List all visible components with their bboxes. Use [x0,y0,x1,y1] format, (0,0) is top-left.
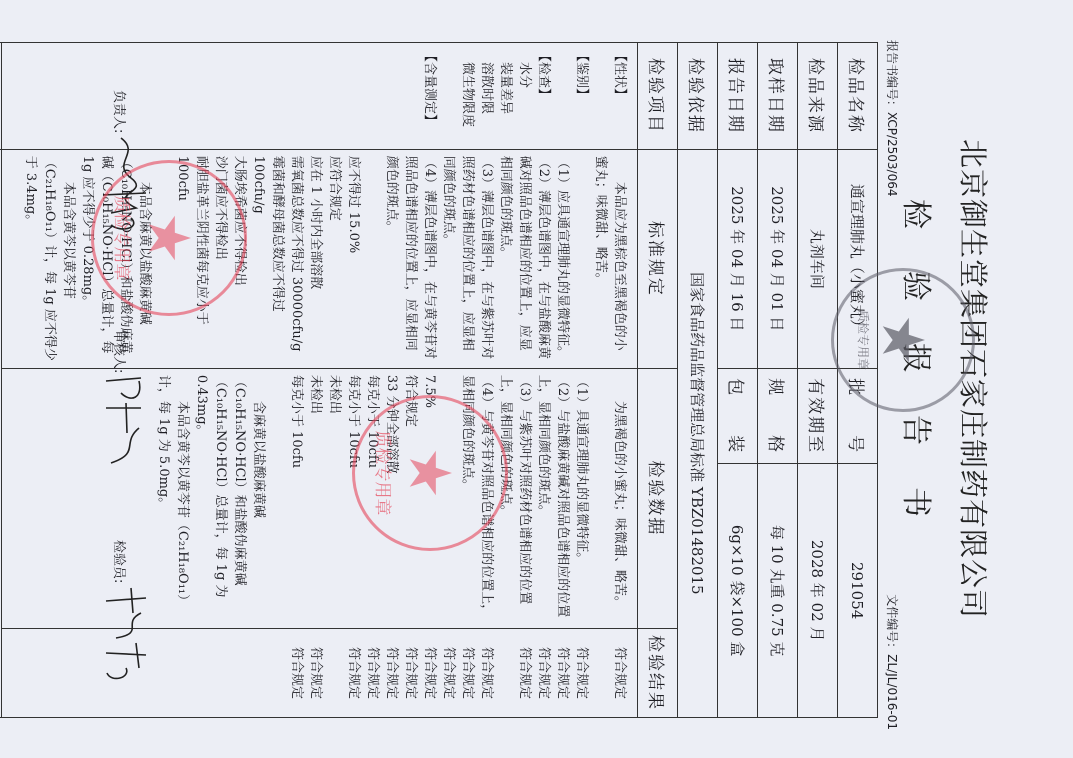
info-row: 报告日期 2025 年 04 月 16 日 包 装 6g×10 袋×100 盒 [718,43,758,718]
spec-label: 规 格 [758,368,798,463]
spacer [591,375,610,622]
expiry-label: 有效期至 [798,368,838,463]
package-value: 6g×10 袋×100 盒 [718,464,758,718]
data-text: 每克小于 10cfu [363,375,382,622]
data-text: 含麻黄以盐酸麻黄碱（C₁₀H₁₅NO·HCl）和盐酸伪麻黄碱（C₁₀H₁₅NO·… [192,375,268,622]
product-name-label: 检品名称 [838,43,878,150]
result-text: 符合规定 [610,635,629,711]
data-text: （2）与盐酸麻黄碱对照品色谱相应的位置上，显相同颜色的斑点。 [534,375,572,622]
spacer [2,156,21,362]
company-name: 北京御生堂集团石家庄制药有限公司 [954,0,995,758]
batch-value: 291054 [838,464,878,718]
standard-text: 大肠埃希菌应不得检出 [230,156,249,362]
data-text: 为黑褐色的小蜜丸；味微甜、略苦。 [610,375,629,622]
test-item-name: 水分 [515,49,534,143]
standard-text: 耐胆盐革兰阴性菌每克应小于 100cfu [173,156,211,362]
data-text: 本品含黄芩以黄芩苷（C₂₁H₁₈O₁₁）计，每 1g 为 5.0mg。 [154,375,192,622]
spacer [154,156,173,362]
spacer [439,49,458,143]
column-header-standard: 标准规定 [638,149,678,368]
product-name-value: 通宣理肺丸（小蜜丸） [838,149,878,368]
section-heading: 【含量测定】 [420,49,439,143]
conclusion-label: 结论 [0,43,2,150]
result-text: 符合规定 [306,635,325,711]
standard-text: （3）薄层色谱图中，在与紫苏叶对照药材色谱相应的位置上，应显相同颜色的斑点。 [439,156,496,362]
file-number: 文件编号：ZL/JL/016-01 [884,594,901,730]
result-text: 符合规定 [534,635,553,711]
reviewer-label: 审核人: [111,330,130,373]
standards-cell: 本品应为黑棕色至黑褐色的小蜜丸；味微甜、略苦。（1）应具通宣理肺丸的显微特征。（… [2,149,638,368]
items-cell: 【性状】【鉴别】【检查】 水分 装量差异 溶散时限 微生物限度【含量测定】 [2,43,638,150]
meta-row: 报告书编号：XCP/2503/064 文件编号：ZL/JL/016-01 [884,40,901,730]
standard-text: 本品应为黑棕色至黑褐色的小蜜丸；味微甜、略苦。 [591,156,629,362]
info-row: 检品名称 通宣理肺丸（小蜜丸） 批 号 291054 [838,43,878,718]
info-row: 检验依据 国家食品药品监督管理总局标准 YBZ01482015 [678,43,718,718]
standard-text: （2）薄层色谱图中，在与盐酸麻黄碱对照品色谱相应的位置上，应显相同颜色的斑点。 [496,156,553,362]
test-body-row: 【性状】【鉴别】【检查】 水分 装量差异 溶散时限 微生物限度【含量测定】 本品… [2,43,638,718]
test-item-name: 溶散时限 [477,49,496,143]
report-number: 报告书编号：XCP/2503/064 [884,40,901,197]
file-number-value: ZL/JL/016-01 [885,654,899,730]
report-date-label: 报告日期 [718,43,758,150]
test-item-name: 装量差异 [496,49,515,143]
data-cell: 为黑褐色的小蜜丸；味微甜、略苦。（1）具通宣理肺丸的显微特征。（2）与盐酸麻黄碱… [2,368,638,628]
expiry-value: 2028 年 02 月 [798,464,838,718]
spacer [268,375,287,622]
signature-scribble-icon [111,583,151,693]
spacer [496,635,515,711]
reviewer-signature: 审核人: [111,330,151,483]
basis-value: 国家食品药品监督管理总局标准 YBZ01482015 [678,149,718,717]
section-heading: 【鉴别】 [572,49,591,143]
test-item-name: 微生物限度 [458,49,477,143]
spacer [325,635,344,711]
info-row: 检品来源 丸剂车间 有效期至 2028 年 02 月 [798,43,838,718]
sample-date-label: 取样日期 [758,43,798,150]
basis-label: 检验依据 [678,43,718,150]
report-number-value: XCP/2503/064 [885,112,899,197]
result-text: 符合规定 [420,635,439,711]
standard-text: 应符合规定 [325,156,344,362]
data-text: （1）具通宣理肺丸的显微特征。 [572,375,591,622]
column-header-item: 检验项目 [638,43,678,150]
result-text: 符合规定 [287,635,306,711]
result-text: 符合规定 [401,635,420,711]
data-text: 7.5% [420,375,439,622]
report-date-value: 2025 年 04 月 16 日 [718,149,758,368]
standard-text: 应不得过 15.0% [344,156,363,362]
standard-text: 应在 1 小时内全部溶散 [306,156,325,362]
standard-text: 霉菌和酵母菌总数应不得过 100cfu/g [249,156,287,362]
data-text: 每克小于 10cfu [344,375,363,622]
result-text: 符合规定 [439,635,458,711]
results-cell: 符合规定符合规定符合规定符合规定符合规定符合规定符合规定符合规定符合规定符合规定… [2,628,638,717]
sample-date-value: 2025 年 04 月 01 日 [758,149,798,368]
result-text: 符合规定 [477,635,496,711]
standard-text: 沙门菌应不得检出 [211,156,230,362]
column-header-data: 检验数据 [638,368,678,628]
result-text: 符合规定 [572,635,591,711]
data-text: 未检出 [325,375,344,622]
data-text: 每克小于 10cfu [287,375,306,622]
source-value: 丸剂车间 [798,149,838,368]
result-text: 符合规定 [458,635,477,711]
spacer [363,156,382,362]
result-text: 符合规定 [553,635,572,711]
data-text: 未检出 [306,375,325,622]
data-text: 符合规定 [401,375,420,622]
standard-text: （4）薄层色谱图中，在与黄芩苷对照品色谱相应的位置上，应显相同颜色的斑点。 [382,156,439,362]
spacer [591,635,610,711]
column-header-result: 检验结果 [638,628,678,717]
section-heading: 【检查】 [534,49,553,143]
result-text: 符合规定 [382,635,401,711]
spec-value: 每 10 丸重 0.75 克 [758,464,798,718]
result-text: 符合规定 [363,635,382,711]
data-text: （3）与紫苏叶对照药材色谱相应的位置上，显相同颜色的斑点。 [496,375,534,622]
spacer [401,49,420,143]
conclusion-text: 本品按国家食品药品监督管理总局标准 YBZ01482015 检验，结果符合规定。 [0,149,2,717]
batch-label: 批 号 [838,368,878,463]
inspector-signature: 检验员: [111,540,151,693]
info-row: 取样日期 2025 年 04 月 01 日 规 格 每 10 丸重 0.75 克 [758,43,798,718]
data-text: （4）与黄芩苷对照品色谱相应的位置上，显相同颜色的斑点。 [458,375,496,622]
report-page: 北京御生堂集团石家庄制药有限公司 检验报告书 报告书编号：XCP/2503/06… [0,0,1073,758]
responsible-label: 负责人: [111,90,130,133]
column-header-row: 检验项目 标准规定 检验数据 检验结果 [638,43,678,718]
report-number-label: 报告书编号： [885,40,899,112]
data-text: 33 分钟全部溶散 [382,375,401,622]
file-number-label: 文件编号： [885,594,899,654]
result-text: 符合规定 [344,635,363,711]
source-label: 检品来源 [798,43,838,150]
conclusion-row: 结论 本品按国家食品药品监督管理总局标准 YBZ01482015 检验，结果符合… [0,43,2,718]
section-heading: 【性状】 [610,49,629,143]
spacer [591,49,610,143]
package-label: 包 装 [718,368,758,463]
standard-text: 需氧菌总数应不得过 30000cfu/g [287,156,306,362]
spacer [268,635,287,711]
result-text: 符合规定 [515,635,534,711]
spacer [572,156,591,362]
standard-text: （1）应具通宣理肺丸的显微特征。 [553,156,572,362]
document-title: 检验报告书 [897,0,941,758]
spacer [439,375,458,622]
standard-text: 本品含黄芩以黄芩苷（C₂₁H₁₈O₁₁）计，每 1g 应不得少于 3.4mg。 [21,156,78,362]
signature-scribble-icon [111,133,151,243]
signature-scribble-icon [111,373,151,483]
spacer [553,49,572,143]
inspector-label: 检验员: [111,540,130,583]
responsible-signature: 负责人: [111,90,151,243]
